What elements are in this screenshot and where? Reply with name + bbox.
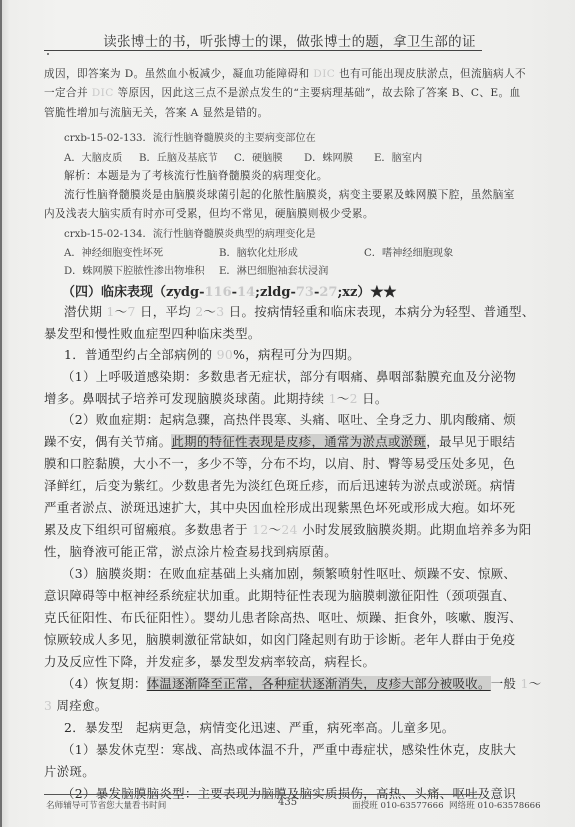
- fulminant-shock-line-1: （1）暴发休克型：寒战、高热或体温不升，严重中毒症状，感染性休克，皮肤大: [62, 740, 516, 758]
- header-divider: [44, 50, 482, 51]
- footer-contact: 面授班 010-63577666 网络班 010-63578666: [352, 799, 541, 811]
- document-page: 读张博士的书，听张博士的课，做张博士的题，拿卫生部的证 成因，即答案为 D。虽然…: [0, 0, 575, 827]
- option-a: A．大脑皮质: [64, 149, 139, 164]
- option-b: B．脑软化灶形成: [219, 244, 364, 259]
- fulminant-heading: 2．暴发型 起病更急，病情变化迅速、严重，病死率高。儿童多见。: [64, 718, 454, 736]
- footer-divider: [44, 794, 482, 795]
- star-rating-icon: ★★: [370, 285, 396, 300]
- highlighted-text: 体温逐渐降至正常，各种症状逐渐消失，皮疹大部分被吸收。: [147, 676, 491, 691]
- option-d: D．蛛网膜: [304, 149, 374, 164]
- footer-slogan: 名师辅导可节省您大量看书时间: [46, 799, 166, 811]
- stage-2-line-1: （2）败血症期：起病急骤，高热伴畏寒、头痛、呕吐、全身乏力、肌肉酸痛、烦: [62, 410, 516, 428]
- section-heading: （四）临床表现（zydg-116-14;zldg-73-27;xz）★★: [62, 281, 396, 300]
- question-133-analysis-label: 解析：本题是为了考核流行性脑脊髓膜炎的病理变化。: [64, 168, 328, 183]
- question-134-stem: crxb-15-02-134．流行性脑脊髓膜炎典型的病理变化是: [64, 225, 316, 240]
- highlighted-text: 此期的特征性表现是皮疹，通常为淤点或淤斑: [171, 434, 426, 449]
- scan-dot: [47, 53, 49, 55]
- stage-2-line-2: 躁不安，偶有关节痛。此期的特征性表现是皮疹，通常为淤点或淤斑，最早见于眼结: [44, 432, 515, 450]
- stage-4-line-1: （4）恢复期：体温逐渐降至正常，各种症状逐渐消失，皮疹大部分被吸收。一般 1～: [62, 674, 541, 692]
- option-c: C．嗜神经细胞现象: [364, 244, 453, 259]
- common-type-heading: 1．普通型约占全部病例的 90%，病程可分为四期。: [64, 345, 360, 363]
- question-133-stem: crxb-15-02-133．流行性脑脊髓膜炎的主要病变部位在: [64, 129, 316, 144]
- page-number: 435: [278, 797, 297, 808]
- running-header: 读张博士的书，听张博士的课，做张博士的题，拿卫生部的证: [2, 30, 575, 50]
- explanation-line-3: 管脆性增加与流脑无关，答案 A 显然是错的。: [44, 105, 268, 120]
- stage-1-line-1: （1）上呼吸道感染期：多数患者无症状，部分有咽痛、鼻咽部黏膜充血及分泌物: [62, 367, 516, 385]
- stage-3-line-1: （3）脑膜炎期：在败血症基础上头痛加剧，频繁喷射性呕吐、烦躁不安、惊厥、: [62, 564, 516, 582]
- option-d: D．蛛网膜下腔脓性渗出物堆积: [64, 262, 219, 277]
- stage-4-line-2: 3 周痊愈。: [44, 696, 108, 714]
- question-133-analysis-line-1: 流行性脑脊髓膜炎是由脑膜炎球菌引起的化脓性脑膜炎，病变主要累及蛛网膜下腔，虽然脑…: [64, 187, 515, 202]
- question-134-options-row-2: D．蛛网膜下腔脓性渗出物堆积E．淋巴细胞袖套状浸润: [64, 262, 328, 277]
- incubation-line-2: 暴发型和慢性败血症型四种临床类型。: [44, 324, 261, 342]
- option-b: B．丘脑及基底节: [139, 149, 234, 164]
- stage-3-line-4: 惊厥较成人多见，脑膜刺激征常缺如，如囟门隆起则有助于诊断。老年人群由于免疫: [44, 630, 515, 648]
- stage-3-line-2: 意识障碍等中枢神经系统症状加重。此期特征性表现为脑膜刺激征阳性（颈项强直、: [44, 586, 515, 604]
- option-a: A．神经细胞变性坏死: [64, 244, 219, 259]
- explanation-line-1: 成因，即答案为 D。虽然血小板减少，凝血功能障碍和 DIC 也有可能出现皮肤淤点…: [44, 66, 526, 81]
- question-134-options-row-1: A．神经细胞变性坏死B．脑软化灶形成C．嗜神经细胞现象: [64, 244, 453, 259]
- stage-3-line-5: 力及反应性下降，并发症多，暴发型发病率较高，病程长。: [44, 652, 375, 670]
- question-133-options: A．大脑皮质B．丘脑及基底节C．硬脑膜D．蛛网膜E．脑室内: [64, 149, 422, 164]
- option-e: E．脑室内: [374, 149, 422, 164]
- explanation-line-2: 一定合并 DIC 等原因，因此这三点不是淤点发生的“主要病理基础”，故去除了答案…: [44, 85, 521, 100]
- stage-2-line-6: 累及皮下组织可留瘢痕。多数患者于 12～24 小时发展致脑膜炎期。此期血培养多为…: [44, 520, 531, 538]
- incubation-line-1: 潜伏期 1～7 日，平均 2～3 日。按病情轻重和临床表现，本病分为轻型、普通型…: [64, 302, 535, 320]
- option-e: E．淋巴细胞袖套状浸润: [219, 262, 328, 277]
- question-133-analysis-line-2: 内及浅表大脑实质有时亦可受累，但均不常见，硬脑膜则极少受累。: [44, 206, 374, 221]
- stage-2-line-3: 膜和口腔黏膜，大小不一，多少不等，分布不均，以肩、肘、臀等易受压处多见，色: [44, 454, 515, 472]
- stage-2-line-4: 泽鲜红，后变为紫红。少数患者先为淡红色斑丘疹，而后迅速转为淤点或淤斑。病情: [44, 476, 515, 494]
- stage-2-line-5: 严重者淤点、淤斑迅速扩大，其中央因血栓形成出现紫黑色坏死或形成大疱。如坏死: [44, 498, 515, 516]
- stage-1-line-2: 增多。鼻咽拭子培养可发现脑膜炎球菌。此期持续 1～2 日。: [44, 389, 388, 407]
- fulminant-shock-line-2: 片淤斑。: [44, 762, 95, 780]
- option-c: C．硬脑膜: [234, 149, 304, 164]
- stage-3-line-3: 克氏征阳性、布氏征阳性）。婴幼儿患者除高热、呕吐、烦躁、拒食外，咳嗽、腹泻、: [44, 608, 522, 626]
- stage-2-line-7: 性，脑脊液可能正常，淤点涂片检查易找到病原菌。: [44, 542, 337, 560]
